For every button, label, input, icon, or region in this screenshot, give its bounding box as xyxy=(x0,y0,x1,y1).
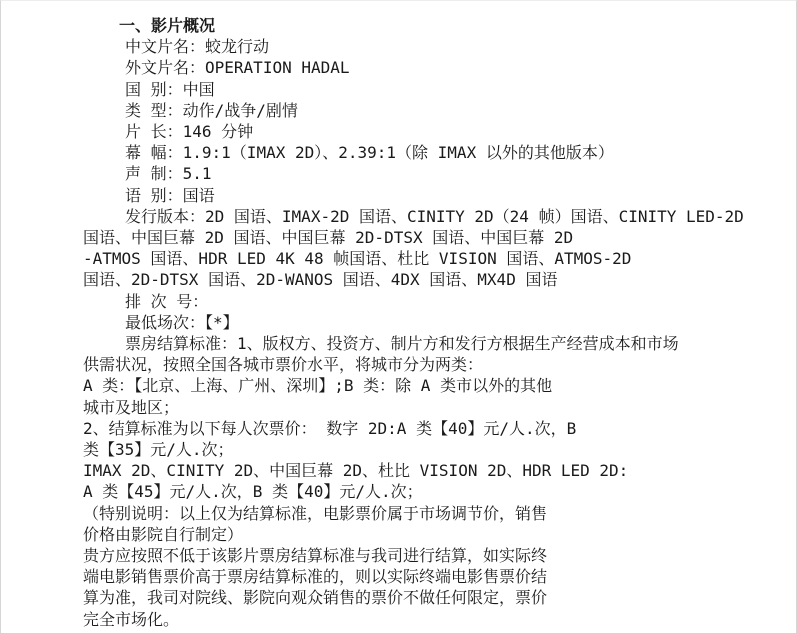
field-label: 幕 幅： xyxy=(125,143,183,162)
field-value-line: 2、结算标准为以下每人次票价： 数字 2D:A 类【40】元/人.次，B xyxy=(83,418,796,439)
field-value-line: A 类【45】元/人.次，B 类【40】元/人.次； xyxy=(83,481,796,502)
field-row: 类 型：动作/战争/剧情 xyxy=(125,100,796,121)
field-value-line: （特别说明：以上仅为结算标准，电影票价属于市场调节价，销售 xyxy=(83,503,796,524)
field-value-line: 类【35】元/人.次； xyxy=(83,439,796,460)
document-page: 一、影片概况 中文片名：蛟龙行动外文片名：OPERATION HADAL国 别：… xyxy=(0,0,797,633)
field-row: 声 制：5.1 xyxy=(125,163,796,184)
field-row: 发行版本：2D 国语、IMAX-2D 国语、CINITY 2D（24 帧）国语、… xyxy=(125,206,796,227)
field-label: 排 次 号： xyxy=(125,292,208,311)
section-heading: 一、影片概况 xyxy=(119,15,796,36)
field-value-line: 国语 xyxy=(183,186,215,205)
field-value-line: 城市及地区； xyxy=(83,397,796,418)
field-label: 中文片名： xyxy=(125,37,205,56)
field-label: 声 制： xyxy=(125,164,183,183)
field-row: 中文片名：蛟龙行动 xyxy=(125,36,796,57)
field-value-line: 动作/战争/剧情 xyxy=(183,101,298,120)
field-value-line: IMAX 2D、CINITY 2D、中国巨幕 2D、杜比 VISION 2D、H… xyxy=(83,460,796,481)
fields-container: 中文片名：蛟龙行动外文片名：OPERATION HADAL国 别：中国类 型：动… xyxy=(1,36,796,630)
field-value-line: 国语、2D-DTSX 国语、2D-WANOS 国语、4DX 国语、MX4D 国语 xyxy=(83,269,796,290)
field-value-line: 完全市场化。 xyxy=(83,609,796,630)
field-row: 排 次 号： xyxy=(125,291,796,312)
field-value-line: 供需状况，按照全国各城市票价水平，将城市分为两类： xyxy=(83,354,796,375)
field-value-line: 贵方应按照不低于该影片票房结算标准与我司进行结算，如实际终 xyxy=(83,545,796,566)
field-value-line: -ATMOS 国语、HDR LED 4K 48 帧国语、杜比 VISION 国语… xyxy=(83,248,796,269)
field-value-line: 5.1 xyxy=(183,164,212,183)
field-label: 国 别： xyxy=(125,80,183,99)
field-row: 最低场次：【*】 xyxy=(125,312,796,333)
field-label: 类 型： xyxy=(125,101,183,120)
field-value-line: 算为准，我司对院线、影院向观众销售的票价不做任何限定，票价 xyxy=(83,587,796,608)
field-value-line: 1、版权方、投资方、制片方和发行方根据生产经营成本和市场 xyxy=(237,334,679,353)
field-value-line: 国语、中国巨幕 2D 国语、中国巨幕 2D-DTSX 国语、中国巨幕 2D xyxy=(83,227,796,248)
field-label: 最低场次： xyxy=(125,313,205,332)
field-row: 幕 幅：1.9:1（IMAX 2D）、2.39:1（除 IMAX 以外的其他版本… xyxy=(125,142,796,163)
field-value-line: 中国 xyxy=(183,80,215,99)
field-value-line: 价格由影院自行制定） xyxy=(83,524,796,545)
field-row: 外文片名：OPERATION HADAL xyxy=(125,57,796,78)
field-row: 片 长：146 分钟 xyxy=(125,121,796,142)
field-row: 语 别：国语 xyxy=(125,185,796,206)
field-label: 票房结算标准： xyxy=(125,334,237,353)
document-body: 一、影片概况 中文片名：蛟龙行动外文片名：OPERATION HADAL国 别：… xyxy=(1,15,796,630)
field-value-line: A 类：【北京、上海、广州、深圳】;B 类：除 A 类市以外的其他 xyxy=(83,375,796,396)
field-value-line: OPERATION HADAL xyxy=(205,58,350,77)
field-label: 语 别： xyxy=(125,186,183,205)
field-value-line: 端电影销售票价高于票房结算标准的，则以实际终端电影售票价结 xyxy=(83,566,796,587)
field-label: 外文片名： xyxy=(125,58,205,77)
field-value-line: 蛟龙行动 xyxy=(205,37,269,56)
field-label: 发行版本： xyxy=(125,207,205,226)
field-value-line: 146 分钟 xyxy=(183,122,254,141)
field-value-line: 【*】 xyxy=(205,313,239,332)
field-value-line: 2D 国语、IMAX-2D 国语、CINITY 2D（24 帧）国语、CINIT… xyxy=(205,207,744,226)
field-label: 片 长： xyxy=(125,122,183,141)
field-value-line: 1.9:1（IMAX 2D）、2.39:1（除 IMAX 以外的其他版本） xyxy=(183,143,614,162)
field-row: 票房结算标准：1、版权方、投资方、制片方和发行方根据生产经营成本和市场 xyxy=(125,333,796,354)
field-row: 国 别：中国 xyxy=(125,79,796,100)
